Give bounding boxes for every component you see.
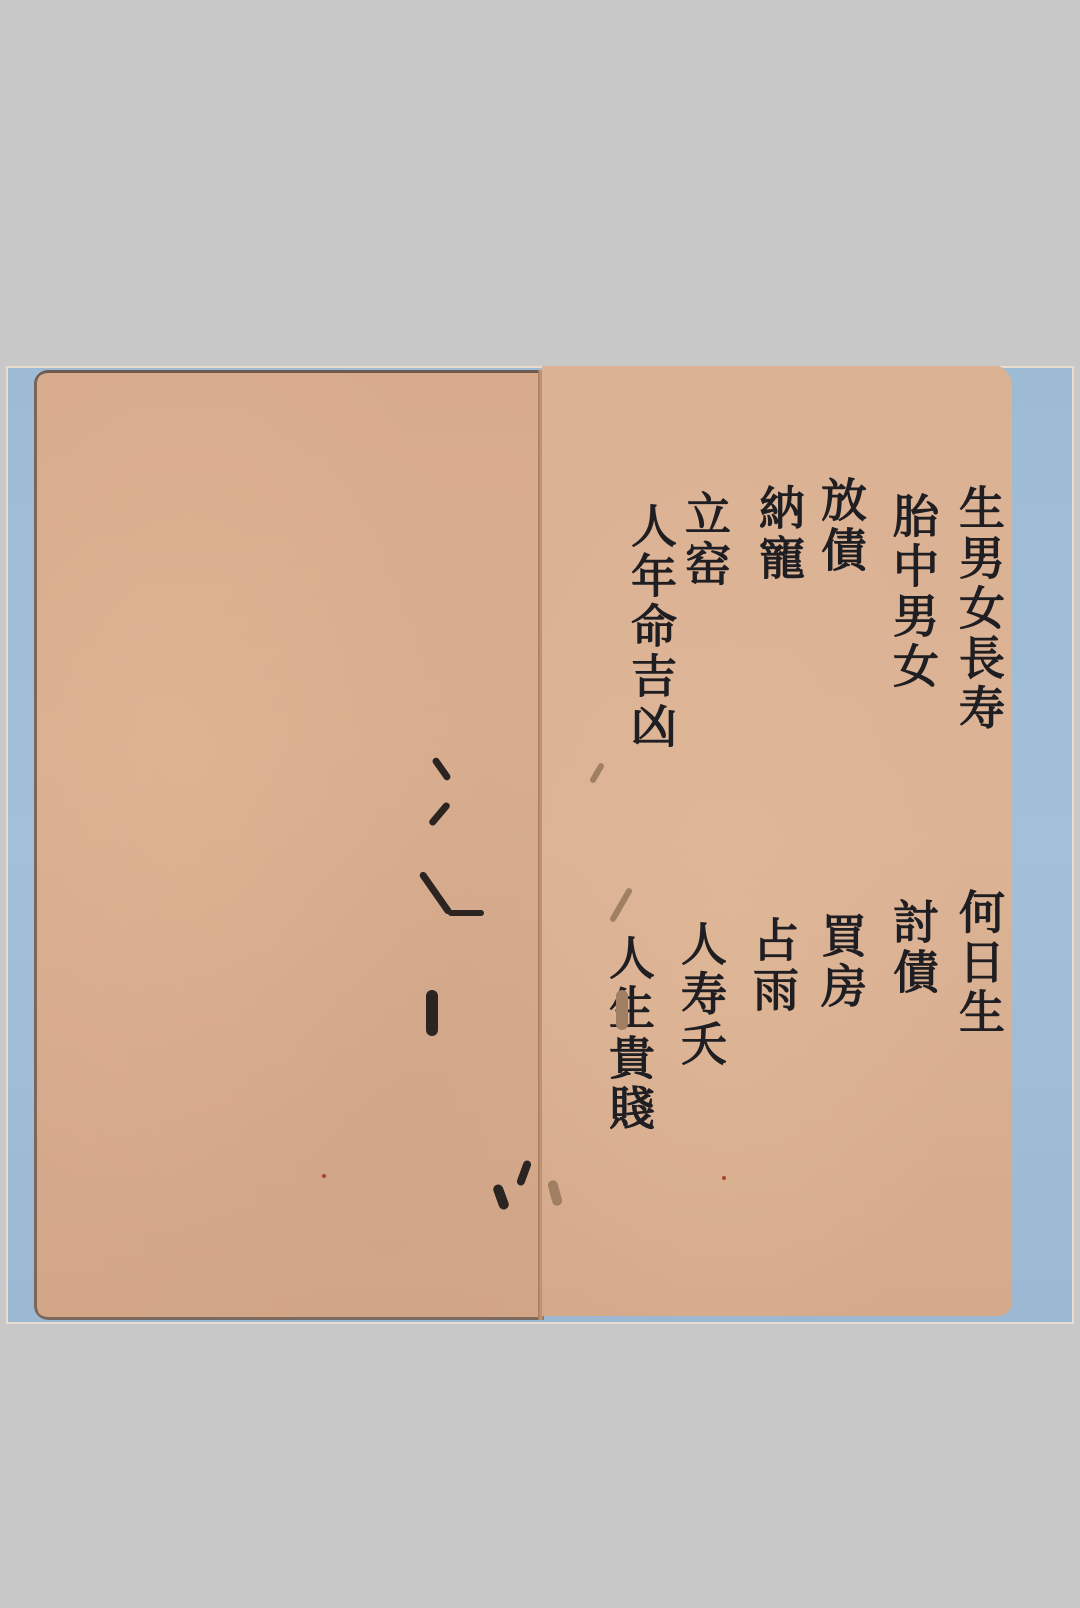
faded-ink-stroke [589, 762, 605, 784]
ink-stroke [448, 910, 484, 916]
faded-ink-stroke [547, 1179, 563, 1207]
text-column-upper-3: 放債 [818, 476, 864, 576]
faded-ink-stroke [616, 990, 628, 1030]
red-speck [322, 1174, 326, 1178]
right-page: 生男女長寿 胎中男女 放債 納寵 立窑 人年命吉凶 何日生 討債 買房 占雨 人… [542, 366, 1012, 1316]
text-column-lower-6: 人生貴賤 [606, 934, 652, 1134]
faded-ink-stroke [609, 887, 633, 923]
text-column-lower-4: 占雨 [750, 916, 796, 1016]
red-speck [722, 1176, 726, 1180]
text-column-upper-2: 胎中男女 [890, 492, 936, 692]
text-column-upper-1: 生男女長寿 [956, 484, 1002, 734]
text-column-lower-2: 討債 [890, 898, 936, 998]
ink-stroke [418, 871, 452, 916]
text-column-upper-5: 立窑 [682, 490, 728, 590]
ink-stroke [431, 756, 452, 781]
ink-stroke [428, 801, 451, 827]
left-page [34, 370, 542, 1320]
text-column-lower-3: 買房 [818, 912, 864, 1012]
text-column-lower-1: 何日生 [956, 888, 1002, 1038]
ink-stroke [426, 990, 438, 1036]
text-column-upper-4: 納寵 [756, 484, 802, 584]
photo-frame: 生男女長寿 胎中男女 放債 納寵 立窑 人年命吉凶 何日生 討債 買房 占雨 人… [6, 366, 1074, 1324]
ink-stroke [492, 1183, 510, 1211]
open-booklet: 生男女長寿 胎中男女 放債 納寵 立窑 人年命吉凶 何日生 討債 買房 占雨 人… [34, 370, 1010, 1320]
text-column-lower-5: 人寿夭 [678, 920, 724, 1070]
ink-stroke [516, 1159, 532, 1186]
text-column-upper-6: 人年命吉凶 [628, 502, 674, 752]
